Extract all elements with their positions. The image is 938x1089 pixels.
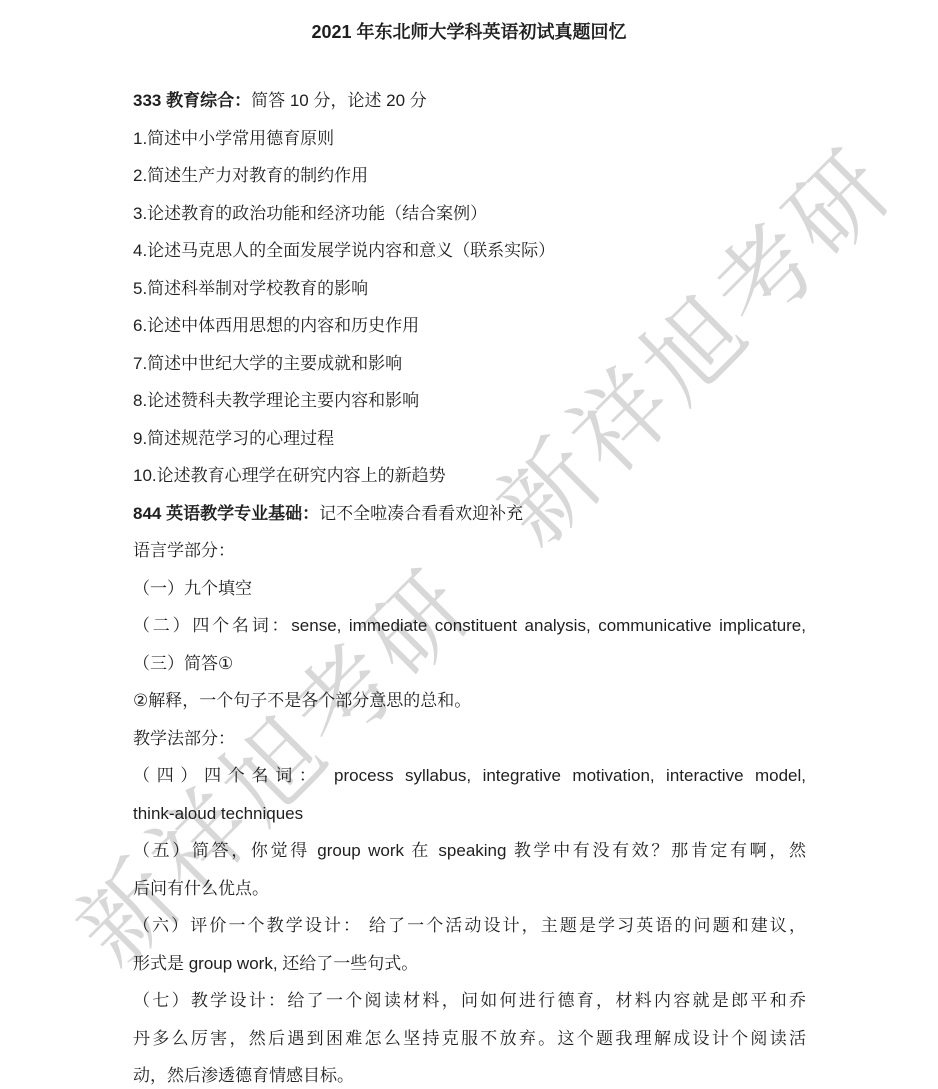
line-text: ②解释，一个句子不是各个部分意思的总和。 <box>133 691 471 710</box>
document-page: 新祥旭考研 新祥旭考研 2021 年东北师大学科英语初试真题回忆 333 教育综… <box>0 0 938 1089</box>
text-line: 9.简述规范学习的心理过程 <box>133 420 806 458</box>
line-text: think-aloud techniques <box>133 804 303 823</box>
line-text: 7.简述中世纪大学的主要成就和影响 <box>133 354 402 373</box>
line-text: 丹多么厉害，然后遇到困难怎么坚持克服不放弃。这个题我理解成设计个阅读活 <box>133 1029 806 1048</box>
line-text: （七）教学设计：给了一个阅读材料，问如何进行德育，材料内容就是郎平和乔 <box>133 991 806 1010</box>
line-text: 形式是 group work, 还给了一些句式。 <box>133 954 418 973</box>
line-text: 1.简述中小学常用德育原则 <box>133 129 334 148</box>
text-line: 丹多么厉害，然后遇到困难怎么坚持克服不放弃。这个题我理解成设计个阅读活 <box>133 1020 806 1058</box>
line-text: 8.论述赞科夫教学理论主要内容和影响 <box>133 391 419 410</box>
text-line: 8.论述赞科夫教学理论主要内容和影响 <box>133 382 806 420</box>
text-line: 7.简述中世纪大学的主要成就和影响 <box>133 345 806 383</box>
text-line: 教学法部分： <box>133 720 806 758</box>
line-text: （三）简答① <box>133 654 233 673</box>
line-text: （一）九个填空 <box>133 579 252 598</box>
text-line: （二）四个名词：sense, immediate constituent ana… <box>133 607 806 645</box>
text-line: 4.论述马克思人的全面发展学说内容和意义（联系实际） <box>133 232 806 270</box>
line-bold-lead: 333 教育综合： <box>133 91 251 110</box>
text-line: （三）简答① <box>133 645 806 683</box>
line-text: 动，然后渗透德育情感目标。 <box>133 1066 354 1085</box>
line-text: （五）简答，你觉得 group work 在 speaking 教学中有没有效？… <box>133 841 806 860</box>
line-text: 6.论述中体西用思想的内容和历史作用 <box>133 316 419 335</box>
line-bold-lead: 844 英语教学专业基础： <box>133 504 319 523</box>
text-line: （一）九个填空 <box>133 570 806 608</box>
line-text: 记不全啦凑合看看欢迎补充 <box>319 504 523 523</box>
text-line: 5.简述科举制对学校教育的影响 <box>133 270 806 308</box>
line-text: 语言学部分： <box>133 541 235 560</box>
text-line: think-aloud techniques <box>133 795 806 833</box>
document-title: 2021 年东北师大学科英语初试真题回忆 <box>0 18 938 44</box>
text-line: （七）教学设计：给了一个阅读材料，问如何进行德育，材料内容就是郎平和乔 <box>133 982 806 1020</box>
text-line: 6.论述中体西用思想的内容和历史作用 <box>133 307 806 345</box>
line-text: （六）评价一个教学设计： 给了一个活动设计，主题是学习英语的问题和建议， <box>133 916 806 935</box>
line-text: （四）四个名词： process syllabus, integrative m… <box>133 766 806 785</box>
text-line: 后问有什么优点。 <box>133 870 806 908</box>
text-line: 语言学部分： <box>133 532 806 570</box>
text-line: 844 英语教学专业基础：记不全啦凑合看看欢迎补充 <box>133 495 806 533</box>
line-text: 10.论述教育心理学在研究内容上的新趋势 <box>133 466 446 485</box>
text-line: 形式是 group work, 还给了一些句式。 <box>133 945 806 983</box>
line-text: 简答 10 分，论述 20 分 <box>251 91 427 110</box>
line-text: 2.简述生产力对教育的制约作用 <box>133 166 368 185</box>
line-text: 4.论述马克思人的全面发展学说内容和意义（联系实际） <box>133 241 555 260</box>
text-line: （六）评价一个教学设计： 给了一个活动设计，主题是学习英语的问题和建议， <box>133 907 806 945</box>
line-text: 9.简述规范学习的心理过程 <box>133 429 334 448</box>
text-line: 3.论述教育的政治功能和经济功能（结合案例） <box>133 195 806 233</box>
text-line: 2.简述生产力对教育的制约作用 <box>133 157 806 195</box>
text-line: （五）简答，你觉得 group work 在 speaking 教学中有没有效？… <box>133 832 806 870</box>
document-body: 333 教育综合：简答 10 分，论述 20 分1.简述中小学常用德育原则2.简… <box>133 82 806 1089</box>
text-line: 1.简述中小学常用德育原则 <box>133 120 806 158</box>
line-text: 教学法部分： <box>133 729 235 748</box>
line-text: 3.论述教育的政治功能和经济功能（结合案例） <box>133 204 487 223</box>
text-line: 动，然后渗透德育情感目标。 <box>133 1057 806 1089</box>
text-line: 333 教育综合：简答 10 分，论述 20 分 <box>133 82 806 120</box>
line-text: 后问有什么优点。 <box>133 879 269 898</box>
text-line: （四）四个名词： process syllabus, integrative m… <box>133 757 806 795</box>
text-line: 10.论述教育心理学在研究内容上的新趋势 <box>133 457 806 495</box>
line-text: （二）四个名词：sense, immediate constituent ana… <box>133 616 806 635</box>
line-text: 5.简述科举制对学校教育的影响 <box>133 279 368 298</box>
text-line: ②解释，一个句子不是各个部分意思的总和。 <box>133 682 806 720</box>
